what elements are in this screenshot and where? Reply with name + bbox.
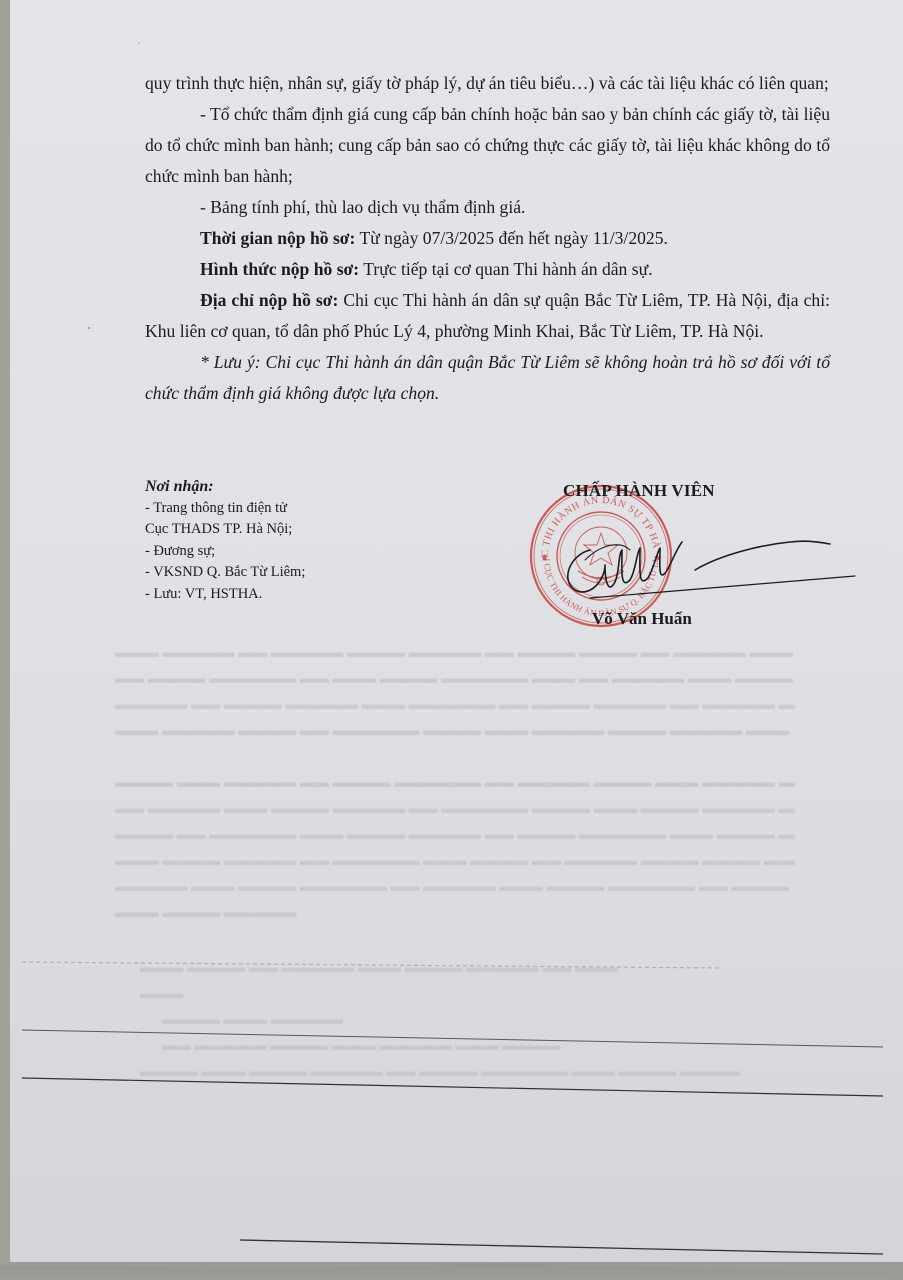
paragraph-submission-method: Hình thức nộp hồ sơ: Trực tiếp tại cơ qu…	[145, 254, 830, 285]
paragraph-note: * Lưu ý: Chi cục Thi hành án dân quận Bắ…	[145, 347, 830, 409]
bleed-through-text-lower: ▬▬▬ ▬▬▬▬ ▬▬ ▬▬▬▬▬ ▬▬▬ ▬▬▬▬ ▬▬▬▬▬ ▬▬ ▬▬▬ …	[140, 955, 740, 1105]
paragraph-submission-time: Thời gian nộp hồ sơ: Từ ngày 07/3/2025 đ…	[145, 223, 830, 254]
submission-method-label: Hình thức nộp hồ sơ:	[200, 259, 359, 279]
paragraph-certified-copies: - Tổ chức thẩm định giá cung cấp bản chí…	[145, 99, 830, 192]
recipient-item: - Trang thông tin điện tử	[145, 498, 475, 520]
paragraph-fee-table: - Bảng tính phí, thù lao dịch vụ thẩm đị…	[145, 192, 830, 223]
handwritten-signature-icon	[560, 520, 860, 610]
submission-address-label: Địa chỉ nộp hồ sơ:	[200, 290, 338, 310]
recipient-item: - Đương sự;	[145, 541, 475, 563]
signer-name: Võ Văn Huấn	[592, 609, 692, 629]
recipient-item: - Lưu: VT, HSTHA.	[145, 584, 475, 606]
svg-text:★: ★	[540, 553, 549, 564]
scan-background-edge	[0, 0, 10, 1280]
recipient-item: - VKSND Q. Bắc Từ Liêm;	[145, 562, 475, 584]
recipients-block: Nơi nhận: - Trang thông tin điện tử Cục …	[145, 476, 475, 605]
document-body: quy trình thực hiện, nhân sự, giấy tờ ph…	[145, 68, 830, 409]
bleed-through-text: ▬▬▬ ▬▬▬▬▬ ▬▬ ▬▬▬▬▬ ▬▬▬▬ ▬▬▬▬▬ ▬▬ ▬▬▬▬ ▬▬…	[115, 640, 795, 960]
submission-time-label: Thời gian nộp hồ sơ:	[200, 228, 355, 248]
recipients-title: Nơi nhận:	[145, 476, 475, 498]
signer-title: CHẤP HÀNH VIÊN	[563, 481, 715, 501]
paragraph-continuation: quy trình thực hiện, nhân sự, giấy tờ ph…	[145, 68, 830, 99]
stray-mark	[88, 327, 90, 329]
submission-time-value: Từ ngày 07/3/2025 đến hết ngày 11/3/2025…	[355, 228, 668, 248]
stray-mark	[138, 42, 140, 44]
recipient-item: Cục THADS TP. Hà Nội;	[145, 519, 475, 541]
paragraph-submission-address: Địa chỉ nộp hồ sơ: Chi cục Thi hành án d…	[145, 285, 830, 347]
submission-method-value: Trực tiếp tại cơ quan Thi hành án dân sự…	[359, 259, 652, 279]
